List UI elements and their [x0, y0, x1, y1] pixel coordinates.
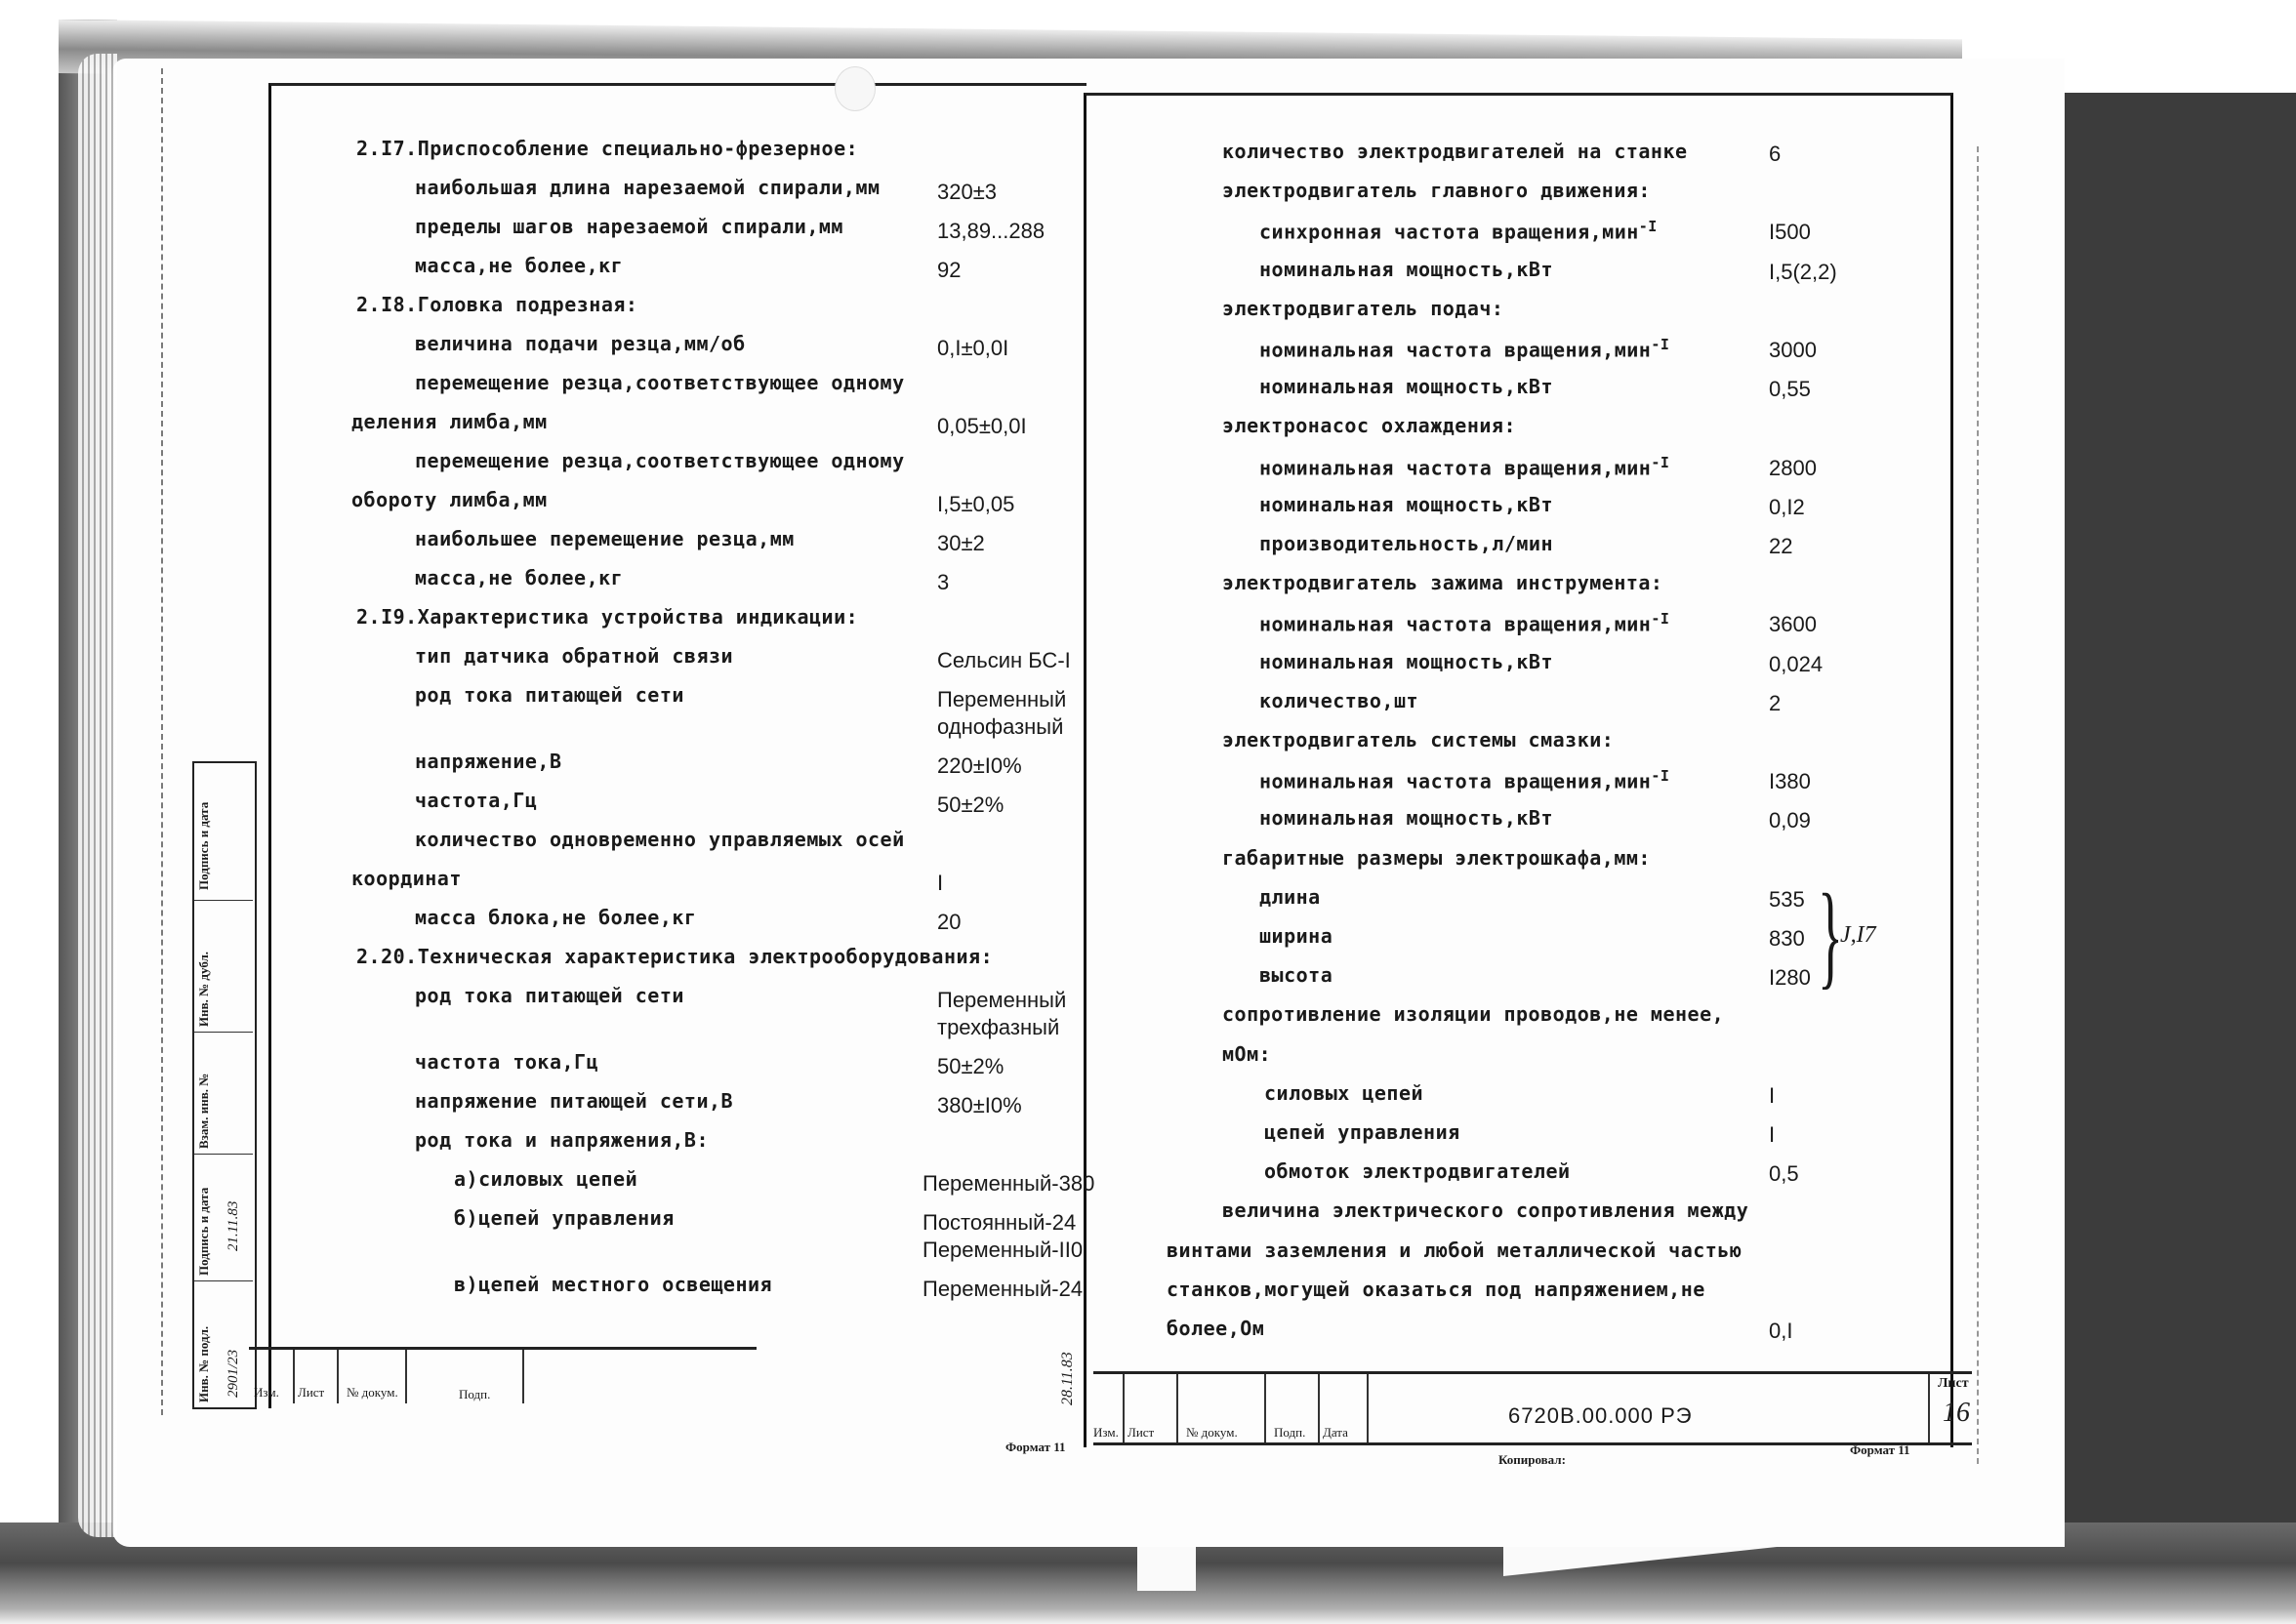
spec-label-text: сопротивление изоляции проводов,не менее…	[1222, 1002, 1724, 1026]
spec-value: 13,89...288	[937, 219, 1045, 244]
spec-label: в)цепей местного освещения	[454, 1273, 772, 1296]
title-label: Лист	[298, 1385, 324, 1401]
spec-value: Переменный-380	[922, 1171, 1094, 1197]
handwritten-side-date: 28.11.83	[1059, 1352, 1077, 1405]
stamp-divider	[194, 1154, 253, 1155]
spec-value: I	[1769, 1122, 1775, 1148]
title-label: Лист	[1127, 1425, 1154, 1441]
spec-value: I,5(2,2)	[1769, 260, 1837, 285]
unit-exponent: -I	[1639, 218, 1658, 235]
spec-label-text: количество электродвигателей на станке	[1222, 140, 1688, 163]
spec-label: напряжение,В	[415, 750, 562, 773]
title-label: № докум.	[1186, 1425, 1238, 1441]
spec-label-text: величина электрического сопротивления ме…	[1222, 1198, 1748, 1222]
spec-label: величина электрического сопротивления ме…	[1222, 1198, 1748, 1222]
spec-label: пределы шагов нарезаемой спирали,мм	[415, 215, 843, 238]
spec-label: номинальная мощность,кВт	[1259, 806, 1553, 830]
spec-label-text: номинальная частота вращения,мин	[1259, 770, 1651, 793]
spec-label: величина подачи резца,мм/об	[415, 332, 746, 355]
stamp-label: Инв. № дубл.	[196, 952, 212, 1027]
spec-value: 2800	[1769, 456, 1817, 481]
spec-value: 0,09	[1769, 808, 1811, 833]
spec-label-text: ширина	[1259, 924, 1332, 948]
spec-value: Постоянный-24	[922, 1210, 1076, 1236]
spec-value: 20	[937, 910, 961, 935]
spec-value: 830	[1769, 926, 1805, 952]
spec-label: номинальная мощность,кВт	[1259, 258, 1553, 281]
spec-label-text: производительность,л/мин	[1259, 532, 1553, 555]
spec-value: 0,024	[1769, 652, 1823, 677]
title-block-left: Изм. Лист № докум. Подп.	[249, 1347, 757, 1408]
spec-label-continued: координат	[351, 867, 462, 890]
spec-label: цепей управления	[1264, 1120, 1460, 1144]
spec-label: тип датчика обратной связи	[415, 644, 733, 668]
spec-label: номинальная частота вращения,мин-I	[1259, 767, 1669, 793]
section-heading: 2.I8.Головка подрезная:	[356, 293, 637, 316]
spec-label: электродвигатель подач:	[1222, 297, 1503, 320]
spec-value: 3	[937, 570, 949, 595]
unit-exponent: -I	[1651, 610, 1669, 628]
spec-label: сопротивление изоляции проводов,не менее…	[1222, 1002, 1724, 1026]
handwritten-inventory-number: 2901/23	[225, 1350, 242, 1398]
spec-value: I	[937, 871, 943, 896]
spec-label-text: номинальная частота вращения,мин	[1259, 456, 1651, 479]
spec-label: габаритные размеры электрошкафа,мм:	[1222, 846, 1651, 870]
title-label: Подп.	[459, 1387, 490, 1402]
spec-value: I380	[1769, 769, 1811, 794]
spec-label: номинальная частота вращения,мин-I	[1259, 454, 1669, 480]
spec-value: 0,I	[1769, 1319, 1792, 1344]
dark-background-right	[2050, 93, 2296, 1624]
stamp-label: Подпись и дата	[196, 802, 212, 890]
spec-label: род тока питающей сети	[415, 984, 684, 1007]
spec-label: частота тока,Гц	[415, 1050, 598, 1074]
spec-value: Переменный-24	[922, 1277, 1083, 1302]
spec-label-text: электродвигатель системы смазки:	[1222, 728, 1614, 751]
spec-label-continued: деления лимба,мм	[351, 410, 548, 433]
spec-label: номинальная мощность,кВт	[1259, 375, 1553, 398]
spec-value: 50±2%	[937, 1054, 1004, 1079]
left-margin-line	[161, 68, 165, 1415]
spec-label: частота,Гц	[415, 789, 537, 812]
spec-label: высота	[1259, 963, 1332, 987]
spec-label-text: электронасос охлаждения:	[1222, 414, 1516, 437]
section-heading: 2.20.Техническая характеристика электроо…	[356, 945, 993, 968]
spec-value: 22	[1769, 534, 1792, 559]
spec-label-text: цепей управления	[1264, 1120, 1460, 1144]
spec-label: масса блока,не более,кг	[415, 906, 696, 929]
spec-value: 50±2%	[937, 792, 1004, 818]
spec-value: 0,55	[1769, 377, 1811, 402]
format-label-right: Формат 11	[1850, 1442, 1910, 1458]
spec-label-text: электродвигатель подач:	[1222, 297, 1503, 320]
spec-value: 3600	[1769, 612, 1817, 637]
spec-label: ширина	[1259, 924, 1332, 948]
title-label: № докум.	[347, 1385, 398, 1401]
spec-label: масса,не более,кг	[415, 254, 623, 277]
spec-label-text: номинальная мощность,кВт	[1259, 493, 1553, 516]
stamp-label: Подпись и дата	[196, 1188, 212, 1276]
spec-label: количество электродвигателей на станке	[1222, 140, 1688, 163]
spec-value: Переменный	[937, 687, 1066, 712]
stamp-label: Взам. инв. №	[196, 1074, 212, 1149]
spec-label: б)цепей управления	[454, 1206, 675, 1230]
spec-label: количество одновременно управляемых осей	[415, 828, 905, 851]
copied-label: Копировал:	[1498, 1452, 1566, 1468]
page-tab	[1137, 1547, 1196, 1591]
spec-label-text: силовых цепей	[1264, 1081, 1423, 1105]
title-label: Подп.	[1274, 1425, 1305, 1441]
stamp-divider	[194, 1280, 253, 1281]
spec-label-text: электродвигатель главного движения:	[1222, 179, 1651, 202]
spec-label-text: винтами заземления и любой металлической…	[1167, 1238, 1742, 1262]
spec-label-text: номинальная мощность,кВт	[1259, 375, 1553, 398]
spec-label: электродвигатель главного движения:	[1222, 179, 1651, 202]
stamp-divider	[194, 900, 253, 901]
spec-label: номинальная мощность,кВт	[1259, 650, 1553, 673]
spec-label-text: мОм:	[1222, 1042, 1271, 1066]
spec-value-continued: Переменный-II0	[922, 1238, 1083, 1263]
spec-value: I,5±0,05	[937, 492, 1014, 517]
spec-value: I280	[1769, 965, 1811, 991]
spec-label: наибольшее перемещение резца,мм	[415, 527, 795, 550]
spec-label-text: номинальная мощность,кВт	[1259, 650, 1553, 673]
spec-label: станков,могущей оказаться под напряжение…	[1167, 1278, 1705, 1301]
spec-label: род тока и напряжения,В:	[415, 1128, 709, 1152]
spec-label-text: номинальная мощность,кВт	[1259, 806, 1553, 830]
spec-value: 92	[937, 258, 961, 283]
spec-label-text: номинальная мощность,кВт	[1259, 258, 1553, 281]
spec-value-continued: трехфазный	[937, 1015, 1059, 1040]
spec-label: длина	[1259, 885, 1321, 909]
spec-label: синхронная частота вращения,мин-I	[1259, 218, 1658, 244]
brace-annotation: Ј,I7	[1840, 922, 1876, 949]
spec-label: наибольшая длина нарезаемой спирали,мм	[415, 176, 881, 199]
spec-label-continued: обороту лимба,мм	[351, 488, 548, 511]
spec-value: 2	[1769, 691, 1781, 716]
handwritten-date: 21.11.83	[225, 1201, 242, 1251]
spec-label-text: номинальная частота вращения,мин	[1259, 613, 1651, 636]
unit-exponent: -I	[1651, 454, 1669, 471]
spec-label-text: количество,шт	[1259, 689, 1418, 712]
spec-label: производительность,л/мин	[1259, 532, 1553, 555]
spec-label: силовых цепей	[1264, 1081, 1423, 1105]
spec-label: более,Ом	[1167, 1317, 1264, 1340]
spec-label: мОм:	[1222, 1042, 1271, 1066]
unit-exponent: -I	[1651, 767, 1669, 785]
spec-label: масса,не более,кг	[415, 566, 623, 589]
page-edges	[78, 54, 117, 1537]
spec-label: номинальная частота вращения,мин-I	[1259, 610, 1669, 636]
section-heading: 2.I9.Характеристика устройства индикации…	[356, 605, 858, 629]
format-label-left: Формат 11	[1005, 1440, 1066, 1455]
spec-label: электронасос охлаждения:	[1222, 414, 1516, 437]
spec-value: I500	[1769, 220, 1811, 245]
spec-label: электродвигатель зажима инструмента:	[1222, 571, 1662, 594]
spec-value: Сельсин БС-I	[937, 648, 1071, 673]
spec-label: номинальная мощность,кВт	[1259, 493, 1553, 516]
spec-value: 380±I0%	[937, 1093, 1022, 1118]
right-margin-line	[1977, 146, 1981, 1464]
spec-label-text: электродвигатель зажима инструмента:	[1222, 571, 1662, 594]
title-label: Дата	[1323, 1425, 1348, 1441]
spec-label-text: синхронная частота вращения,мин	[1259, 221, 1639, 244]
spec-value: 3000	[1769, 338, 1817, 363]
spec-label: а)силовых цепей	[454, 1167, 637, 1191]
spec-label: перемещение резца,соответствующее одному	[415, 449, 905, 472]
spec-label-text: высота	[1259, 963, 1332, 987]
spec-label: обмоток электродвигателей	[1264, 1159, 1571, 1183]
side-stamp: Инв. № подл. Подпись и дата Взам. инв. №…	[192, 761, 257, 1409]
spec-label-text: длина	[1259, 885, 1321, 909]
spec-label: перемещение резца,соответствующее одному	[415, 371, 905, 394]
spec-label: винтами заземления и любой металлической…	[1167, 1238, 1742, 1262]
spec-value: 0,I2	[1769, 495, 1805, 520]
spec-value: 0,I±0,0I	[937, 336, 1008, 361]
spec-value: 30±2	[937, 531, 985, 556]
spec-value: 220±I0%	[937, 753, 1022, 779]
spec-value: 0,5	[1769, 1161, 1799, 1187]
spec-value: Переменный	[937, 988, 1066, 1013]
spec-label-text: габаритные размеры электрошкафа,мм:	[1222, 846, 1651, 870]
spec-value: 6	[1769, 142, 1781, 167]
spec-label-text: более,Ом	[1167, 1317, 1264, 1340]
unit-exponent: -I	[1651, 336, 1669, 353]
binding-hole	[835, 66, 876, 111]
spec-value: 0,05±0,0I	[937, 414, 1027, 439]
spec-value: I	[1769, 1083, 1775, 1109]
spec-label: род тока питающей сети	[415, 683, 684, 707]
spec-value: 320±3	[937, 180, 997, 205]
spec-value-continued: однофазный	[937, 714, 1063, 740]
stamp-divider	[194, 1032, 253, 1033]
document-code: 6720В.00.000 РЭ	[1508, 1403, 1693, 1429]
spec-label: номинальная частота вращения,мин-I	[1259, 336, 1669, 362]
spec-label-text: обмоток электродвигателей	[1264, 1159, 1571, 1183]
stamp-label: Инв. № подл.	[196, 1326, 212, 1402]
spec-label: электродвигатель системы смазки:	[1222, 728, 1614, 751]
title-label: Изм.	[254, 1385, 279, 1401]
sheet-number: 16	[1943, 1398, 1970, 1429]
title-label: Изм.	[1093, 1425, 1119, 1441]
spec-label: количество,шт	[1259, 689, 1418, 712]
section-heading: 2.I7.Приспособление специально-фрезерное…	[356, 137, 858, 160]
spec-value: 535	[1769, 887, 1805, 913]
spec-label-text: станков,могущей оказаться под напряжение…	[1167, 1278, 1705, 1301]
sheet-label: Лист	[1938, 1376, 1969, 1392]
spec-label-text: номинальная частота вращения,мин	[1259, 339, 1651, 362]
spec-label: напряжение питающей сети,В	[415, 1089, 733, 1113]
